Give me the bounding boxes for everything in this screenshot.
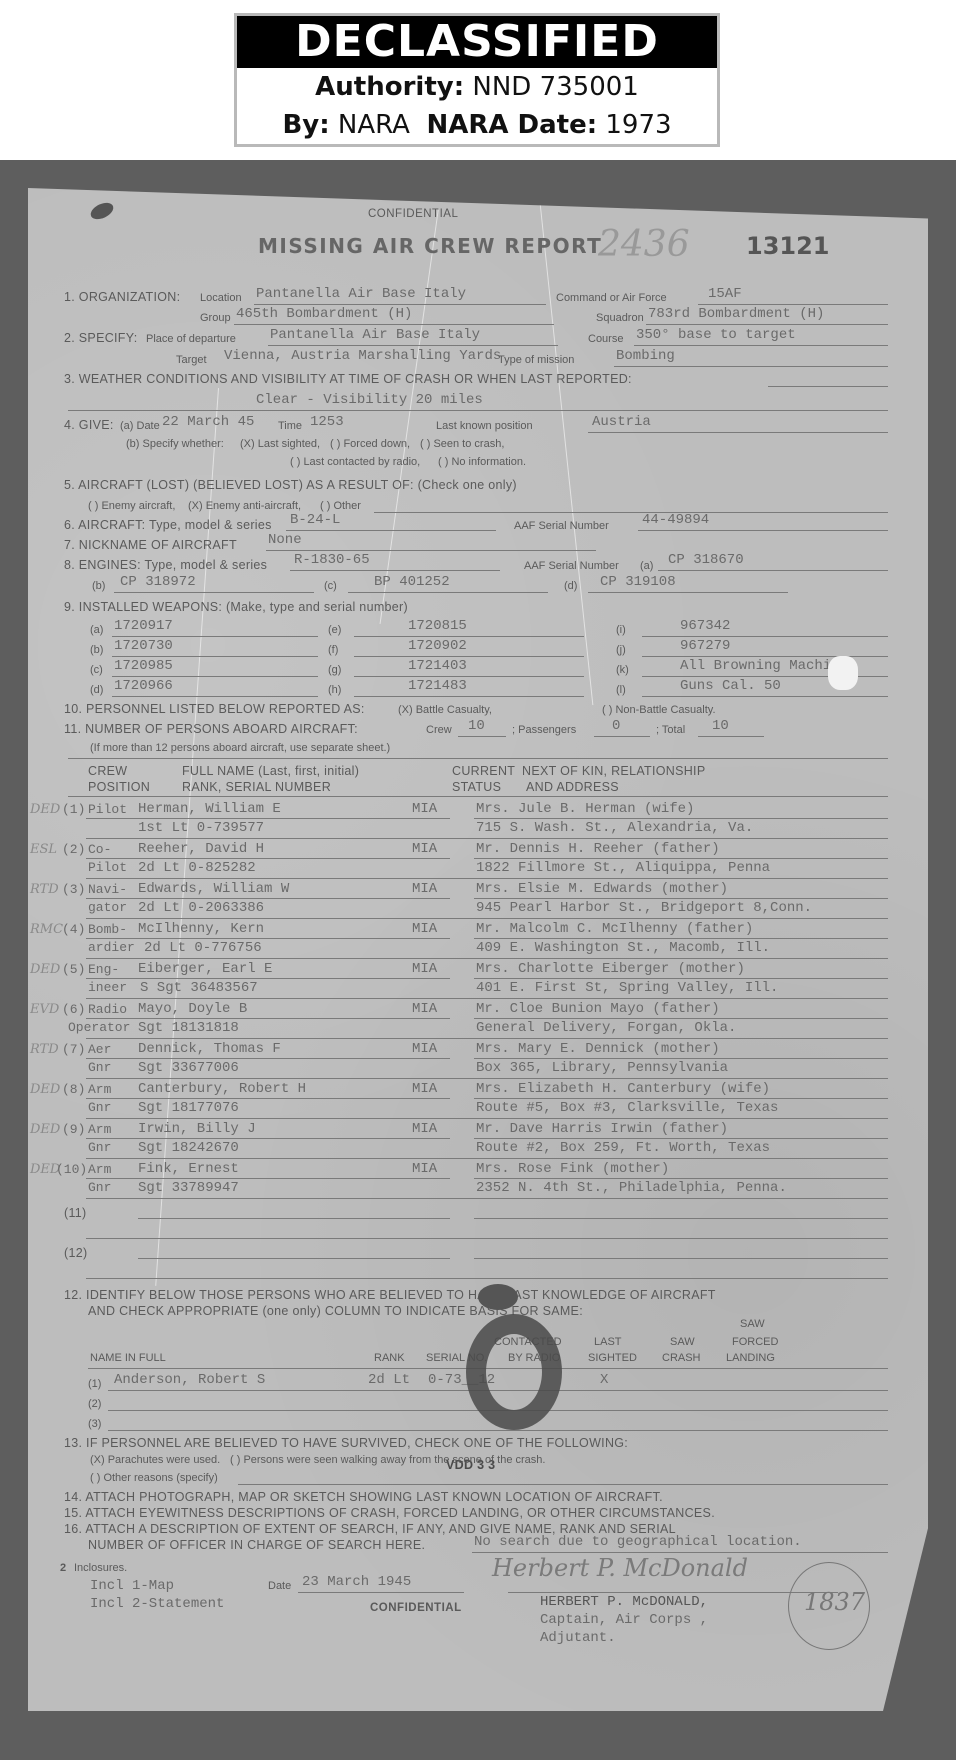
scratch-mark [380, 208, 439, 624]
by-line: By: NARA NARA Date: 1973 [237, 106, 717, 144]
weapon-serial: 1720985 [114, 658, 173, 674]
row-rule [86, 1018, 450, 1019]
row-number: (4) [62, 922, 85, 937]
margin-annotation: ESL [30, 842, 57, 857]
report-date-value: 23 March 1945 [302, 1574, 411, 1590]
command-label: Command or Air Force [556, 292, 667, 304]
weapon-key: (d) [90, 684, 103, 696]
crew-position-cont: Gnr [88, 1180, 111, 1195]
field-underline [354, 696, 584, 697]
weapon-serial: 1720966 [114, 678, 173, 694]
col-header-current: CURRENT [452, 764, 515, 778]
signature: Herbert P. McDonald [492, 1554, 748, 1582]
next-of-kin: Mrs. Charlotte Eiberger (mother) [476, 961, 745, 977]
crew-status: MIA [412, 1161, 437, 1177]
ink-blot [88, 200, 116, 223]
weapon-serial: 1720902 [408, 638, 467, 654]
time-label: Time [278, 420, 302, 432]
field-underline [290, 570, 500, 571]
row-rule [86, 978, 450, 979]
field-underline [354, 676, 584, 677]
field-underline [638, 530, 888, 531]
s12-label-1: 12. IDENTIFY BELOW THOSE PERSONS WHO ARE… [64, 1288, 716, 1302]
crew-rank-serial: 1st Lt 0-739577 [138, 820, 264, 836]
option-seen-to-crash[interactable]: ( ) Seen to crash, [420, 438, 504, 450]
crew-name: Mayo, Doyle B [138, 1001, 247, 1017]
row-rule [86, 918, 888, 919]
crew-position: Radio [88, 1002, 127, 1017]
option-parachutes-used[interactable]: (X) Parachutes were used. [90, 1454, 220, 1466]
field-underline [348, 592, 548, 593]
report-number: 13121 [746, 232, 830, 260]
kin-address: 1822 Fillmore St., Aliquippa, Penna [476, 860, 770, 876]
kin-address: 945 Pearl Harbor St., Bridgeport 8,Conn. [476, 900, 812, 916]
margin-annotation: RTD [30, 882, 59, 897]
crew-position: Aer [88, 1042, 111, 1057]
crew-row: DED (10) Arm Gnr Fink, Ernest Sgt 337899… [28, 1160, 928, 1200]
signer-name: HERBERT P. McDONALD, [540, 1594, 708, 1610]
option-battle-casualty[interactable]: (X) Battle Casualty, [398, 704, 492, 716]
crew-name: Canterbury, Robert H [138, 1081, 306, 1097]
engine-b-value: CP 318972 [120, 574, 196, 590]
nara-date-value: 1973 [605, 110, 671, 140]
row-rule [86, 1058, 450, 1059]
squadron-value: 783rd Bombardment (H) [648, 306, 824, 322]
mission-value: Bombing [616, 348, 675, 364]
group-label: Group [200, 312, 231, 324]
course-label: Course [588, 333, 623, 345]
crew-label: Crew [426, 724, 452, 736]
crew-position: Navi- [88, 882, 127, 897]
engine-d-value: CP 319108 [600, 574, 676, 590]
mission-label: Type of mission [498, 354, 574, 366]
crew-row: DED (1) Pilot Herman, William E 1st Lt 0… [28, 800, 928, 840]
weapon-serial: All Browning Machine [680, 658, 848, 674]
col-header-full-name: FULL NAME (Last, first, initial) [182, 764, 359, 778]
field-underline [634, 345, 888, 346]
col-header-next-of-kin: NEXT OF KIN, RELATIONSHIP [522, 764, 705, 778]
time-value: 1253 [310, 414, 344, 430]
group-value: 465th Bombardment (H) [236, 306, 412, 322]
field-underline [238, 1484, 888, 1485]
row-rule [474, 1098, 888, 1099]
crew-row: DED (5) Eng- ineer Eiberger, Earl E S Sg… [28, 960, 928, 1000]
position-label: Last known position [436, 420, 533, 432]
course-value: 350° base to target [636, 327, 796, 343]
next-of-kin: Mrs. Elizabeth H. Canterbury (wife) [476, 1081, 770, 1097]
weapon-serial: 1721403 [408, 658, 467, 674]
kin-address: Route #2, Box 259, Ft. Worth, Texas [476, 1140, 770, 1156]
col-header-forced: FORCED [732, 1336, 778, 1348]
engine-d-label: (d) [564, 580, 577, 592]
weapon-key: (k) [616, 664, 629, 676]
row-number: (2) [88, 1398, 101, 1410]
inclosures-count: 2 [60, 1562, 66, 1574]
stamp-smudge [478, 1284, 518, 1310]
next-of-kin: Mrs. Mary E. Dennick (mother) [476, 1041, 720, 1057]
inclosures-label: Inclosures. [74, 1562, 127, 1574]
field-underline [458, 736, 506, 737]
crew-position: Eng- [88, 962, 119, 977]
field-underline [112, 656, 318, 657]
squadron-label: Squadron [596, 312, 644, 324]
row-rule [474, 898, 888, 899]
margin-annotation: DED [30, 1122, 60, 1137]
field-underline [286, 530, 496, 531]
departure-value: Pantanella Air Base Italy [270, 327, 480, 343]
next-of-kin: Mrs. Jule B. Herman (wife) [476, 801, 694, 817]
weapon-key: (f) [328, 644, 338, 656]
row-number: (8) [62, 1082, 85, 1097]
row-rule [474, 1178, 888, 1179]
row-rule [138, 1218, 450, 1219]
crew-status: MIA [412, 881, 437, 897]
crew-status: MIA [412, 961, 437, 977]
kin-address: Box 365, Library, Pennsylvania [476, 1060, 728, 1076]
crew-row: RTD (3) Navi- gator Edwards, William W 2… [28, 880, 928, 920]
row-number: (3) [62, 882, 85, 897]
total-label: ; Total [656, 724, 685, 736]
row-rule [474, 818, 888, 819]
margin-annotation: RMC [30, 922, 63, 937]
crew-position: Bomb- [88, 922, 127, 937]
row-rule [474, 858, 888, 859]
authority-line: Authority: NND 735001 [237, 68, 717, 106]
field-underline [234, 324, 554, 325]
passengers-count: 0 [612, 718, 620, 734]
weapon-key: (a) [90, 624, 103, 636]
row-rule [474, 938, 888, 939]
kin-address: General Delivery, Forgan, Okla. [476, 1020, 736, 1036]
field-underline [112, 676, 318, 677]
engine-c-label: (c) [324, 580, 337, 592]
crew-name: Irwin, Billy J [138, 1121, 256, 1137]
crew-name: Eiberger, Earl E [138, 961, 272, 977]
report-date-label: Date [268, 1580, 291, 1592]
kin-address: 2352 N. 4th St., Philadelphia, Penna. [476, 1180, 787, 1196]
row-rule [86, 1118, 888, 1119]
row-number: (3) [88, 1418, 101, 1430]
crew-position: Pilot [88, 802, 127, 817]
col-header-landing: LANDING [726, 1352, 775, 1364]
engine-type-value: R-1830-65 [294, 552, 370, 568]
s11-note: (If more than 12 persons aboard aircraft… [90, 742, 390, 754]
crew-position-cont: Gnr [88, 1100, 111, 1115]
option-enemy-aircraft[interactable]: ( ) Enemy aircraft, [88, 500, 175, 512]
col-header-crash: CRASH [662, 1352, 701, 1364]
crew-row: ESL (2) Co- Pilot Reeher, David H 2d Lt … [28, 840, 928, 880]
row-number: (5) [62, 962, 85, 977]
authority-value: NND 735001 [472, 72, 638, 102]
s9-label: 9. INSTALLED WEAPONS: (Make, type and se… [64, 600, 408, 614]
row-rule [86, 1038, 888, 1039]
field-underline [614, 366, 888, 367]
field-underline [472, 1552, 888, 1553]
command-value: 15AF [708, 286, 742, 302]
field-underline [254, 304, 546, 305]
row-number: (9) [62, 1122, 85, 1137]
engine-b-label: (b) [92, 580, 105, 592]
margin-annotation: DED [30, 802, 60, 817]
s10-label: 10. PERSONNEL LISTED BELOW REPORTED AS: [64, 702, 365, 716]
row-rule [86, 878, 888, 879]
option-last-contacted-radio[interactable]: ( ) Last contacted by radio, [290, 456, 420, 468]
row-rule [86, 1278, 888, 1279]
kin-address: 401 E. First St, Spring Valley, Ill. [476, 980, 778, 996]
col-header-saw: SAW [670, 1336, 695, 1348]
weapon-key: (c) [90, 664, 103, 676]
row-rule [86, 938, 450, 939]
row-rule [86, 998, 888, 999]
weapon-serial: Guns Cal. 50 [680, 678, 781, 694]
col-header-rank-serial: RANK, SERIAL NUMBER [182, 780, 331, 794]
row-rule [138, 1258, 450, 1259]
s4-label: 4. GIVE: [64, 418, 114, 432]
option-no-information[interactable]: ( ) No information. [438, 456, 526, 468]
crew-position: Arm [88, 1162, 111, 1177]
weapon-serial: 1721483 [408, 678, 467, 694]
weapon-serial: 1720815 [408, 618, 467, 634]
margin-annotation: DED [30, 1082, 60, 1097]
classification-top: CONFIDENTIAL [368, 208, 458, 220]
crew-status: MIA [412, 921, 437, 937]
weapon-key: (g) [328, 664, 341, 676]
weapon-serial: 967342 [680, 618, 730, 634]
crew-status: MIA [412, 801, 437, 817]
field-underline [298, 1592, 464, 1593]
field-underline [658, 570, 888, 571]
weapon-key: (i) [616, 624, 626, 636]
row-rule [474, 1058, 888, 1059]
target-value: Vienna, Austria Marshalling Yards [224, 348, 501, 364]
authority-label: Authority: [315, 72, 464, 102]
crew-position-cont: ineer [88, 980, 127, 995]
field-underline [374, 512, 888, 513]
col-header-rank: RANK [374, 1352, 405, 1364]
crew-position: Co- [88, 842, 111, 857]
field-underline [768, 386, 888, 387]
crew-name: Edwards, William W [138, 881, 289, 897]
crew-row: RMC (4) Bomb- ardier McIlhenny, Kern 2d … [28, 920, 928, 960]
next-of-kin: Mr. Dave Harris Irwin (father) [476, 1121, 728, 1137]
option-other-reasons[interactable]: ( ) Other reasons (specify) [90, 1472, 218, 1484]
crew-position-cont: Pilot [88, 860, 127, 875]
weapon-key: (l) [616, 684, 626, 696]
field-underline [112, 696, 318, 697]
signer-title: Adjutant. [540, 1630, 616, 1646]
field-underline [112, 636, 318, 637]
row-number: (2) [62, 842, 85, 857]
row-number: (12) [64, 1246, 87, 1260]
col-header-sighted: SIGHTED [588, 1352, 637, 1364]
col-header-status: STATUS [452, 780, 501, 794]
aircraft-serial-label: AAF Serial Number [514, 520, 609, 532]
position-value: Austria [592, 414, 651, 430]
weapon-key: (h) [328, 684, 341, 696]
row-rule [474, 1218, 888, 1219]
next-of-kin: Mr. Cloe Bunion Mayo (father) [476, 1001, 720, 1017]
crew-rank-serial: Sgt 33677006 [138, 1060, 239, 1076]
s3-label: 3. WEATHER CONDITIONS AND VISIBILITY AT … [64, 372, 632, 386]
crew-status: MIA [412, 1041, 437, 1057]
field-underline [698, 736, 764, 737]
departure-label: Place of departure [146, 333, 236, 345]
crew-position-cont: Operator [68, 1020, 130, 1035]
circled-number: 1837 [804, 1588, 865, 1616]
engine-c-value: BP 401252 [374, 574, 450, 590]
weapon-key: (b) [90, 644, 103, 656]
s11-label: 11. NUMBER OF PERSONS ABOARD AIRCRAFT: [64, 722, 358, 736]
row-rule [86, 858, 450, 859]
field-underline [266, 550, 596, 551]
signer-rank: Captain, Air Corps , [540, 1612, 708, 1628]
row-number: (1) [62, 802, 85, 817]
classification-bottom: CONFIDENTIAL [370, 1602, 462, 1614]
s2-label: 2. SPECIFY: [64, 331, 137, 345]
table-rule [68, 758, 888, 759]
crew-rank-serial: Sgt 18177076 [138, 1100, 239, 1116]
weapon-key: (j) [616, 644, 626, 656]
engine-serial-label: AAF Serial Number [524, 560, 619, 572]
declassified-heading: DECLASSIFIED [237, 16, 717, 68]
field-underline [354, 656, 584, 657]
row-rule [474, 1018, 888, 1019]
option-other[interactable]: ( ) Other [320, 500, 361, 512]
row-rule [86, 838, 888, 839]
row-rule [86, 1158, 888, 1159]
field-underline [642, 696, 888, 697]
nara-date-label: NARA Date: [426, 110, 597, 140]
row-number: (7) [62, 1042, 85, 1057]
option-forced-down[interactable]: ( ) Forced down, [330, 438, 410, 450]
col-header-position: POSITION [88, 780, 150, 794]
crew-row: DED (9) Arm Gnr Irwin, Billy J Sgt 18242… [28, 1120, 928, 1160]
inclosure-1: Incl 1-Map [90, 1578, 174, 1594]
row-rule [474, 978, 888, 979]
crew-count: 10 [468, 718, 485, 734]
col-header-crew: CREW [88, 764, 127, 778]
s14-label: 14. ATTACH PHOTOGRAPH, MAP OR SKETCH SHO… [64, 1490, 663, 1504]
signature-line [508, 1592, 838, 1593]
crew-status: MIA [412, 1121, 437, 1137]
row-rule [108, 1430, 888, 1431]
option-last-sighted[interactable]: (X) Last sighted, [240, 438, 320, 450]
row-rule [86, 1178, 450, 1179]
row-rule [86, 1238, 888, 1239]
col-header-name-in-full: NAME IN FULL [90, 1352, 166, 1364]
s7-label: 7. NICKNAME OF AIRCRAFT [64, 538, 237, 552]
crew-rank-serial: S Sgt 36483567 [140, 980, 258, 996]
crew-position-cont: Gnr [88, 1060, 111, 1075]
crew-row: EVD (6) Radio Operator Mayo, Doyle B Sgt… [28, 1000, 928, 1040]
last-sighted-check[interactable]: X [600, 1372, 608, 1388]
row-number: (10) [56, 1162, 87, 1177]
margin-annotation: RTD [30, 1042, 59, 1057]
field-underline [698, 304, 888, 305]
crew-rank-serial: 2d Lt 0-825282 [138, 860, 256, 876]
crew-position-cont: ardier [88, 940, 135, 955]
col-header-saw-2: SAW [740, 1318, 765, 1330]
field-underline [642, 636, 888, 637]
crew-status: MIA [412, 841, 437, 857]
next-of-kin: Mrs. Elsie M. Edwards (mother) [476, 881, 728, 897]
engine-a-value: CP 318670 [668, 552, 744, 568]
crew-name: Herman, William E [138, 801, 281, 817]
field-underline [268, 345, 558, 346]
s1-label: 1. ORGANIZATION: [64, 290, 180, 304]
crew-status: MIA [412, 1081, 437, 1097]
kin-address: Route #5, Box #3, Clarksville, Texas [476, 1100, 778, 1116]
crew-row: DED (8) Arm Gnr Canterbury, Robert H Sgt… [28, 1080, 928, 1120]
next-of-kin: Mrs. Rose Fink (mother) [476, 1161, 669, 1177]
option-enemy-anti-aircraft[interactable]: (X) Enemy anti-aircraft, [188, 500, 301, 512]
table-rule [68, 796, 888, 797]
handwritten-number: 2436 [598, 224, 690, 265]
search-description: No search due to geographical location. [474, 1534, 802, 1550]
page-title: MISSING AIR CREW REPORT [258, 234, 602, 258]
row-number: (1) [88, 1378, 101, 1390]
weather-value: Clear - Visibility 20 miles [256, 392, 483, 408]
scanned-document: CONFIDENTIAL MISSING AIR CREW REPORT 243… [0, 160, 956, 1760]
location-label: Location [200, 292, 242, 304]
scratch-mark [538, 188, 593, 705]
s5-label: 5. AIRCRAFT (LOST) (BELIEVED LOST) AS A … [64, 478, 517, 492]
s8-label: 8. ENGINES: Type, model & series [64, 558, 267, 572]
rubber-stamp [466, 1314, 562, 1430]
by-label: By: [282, 110, 329, 140]
report-page: CONFIDENTIAL MISSING AIR CREW REPORT 243… [28, 188, 928, 1711]
field-underline [588, 592, 788, 593]
crew-rank-serial: 2d Lt 0-776756 [144, 940, 262, 956]
option-persons-walking-away[interactable]: ( ) Persons were seen walking away from … [230, 1454, 545, 1466]
crew-position-cont: Gnr [88, 1140, 111, 1155]
total-count: 10 [712, 718, 729, 734]
field-underline [646, 324, 888, 325]
s6-label: 6. AIRCRAFT: Type, model & series [64, 518, 272, 532]
row-rule [86, 1078, 888, 1079]
aircraft-type-value: B-24-L [290, 512, 340, 528]
next-of-kin: Mr. Malcolm C. McIlhenny (father) [476, 921, 753, 937]
s13-label: 13. IF PERSONNEL ARE BELIEVED TO HAVE SU… [64, 1436, 628, 1450]
crew-name: Reeher, David H [138, 841, 264, 857]
row-rule [86, 958, 888, 959]
crew-row: RTD (7) Aer Gnr Dennick, Thomas F Sgt 33… [28, 1040, 928, 1080]
row-rule [474, 1258, 888, 1259]
paper-damage [828, 656, 858, 690]
crew-position: Arm [88, 1082, 111, 1097]
crew-name: McIlhenny, Kern [138, 921, 264, 937]
specify-label: (b) Specify whether: [126, 438, 224, 450]
field-underline [588, 432, 888, 433]
inclosure-2: Incl 2-Statement [90, 1596, 224, 1612]
row-number: (6) [62, 1002, 85, 1017]
option-non-battle-casualty[interactable]: ( ) Non-Battle Casualty. [602, 704, 716, 716]
witness-name: Anderson, Robert S [114, 1372, 265, 1388]
crew-name: Fink, Ernest [138, 1161, 239, 1177]
margin-annotation: EVD [30, 1002, 59, 1017]
s16-label-2: NUMBER OF OFFICER IN CHARGE OF SEARCH HE… [88, 1538, 425, 1552]
witness-rank: 2d Lt [368, 1372, 410, 1388]
col-header-last: LAST [594, 1336, 622, 1348]
weapon-key: (e) [328, 624, 341, 636]
crew-rank-serial: 2d Lt 0-2063386 [138, 900, 264, 916]
row-rule [86, 818, 450, 819]
crew-status: MIA [412, 1001, 437, 1017]
crew-name: Dennick, Thomas F [138, 1041, 281, 1057]
crew-rank-serial: Sgt 33789947 [138, 1180, 239, 1196]
passengers-label: ; Passengers [512, 724, 576, 736]
row-rule [474, 1138, 888, 1139]
